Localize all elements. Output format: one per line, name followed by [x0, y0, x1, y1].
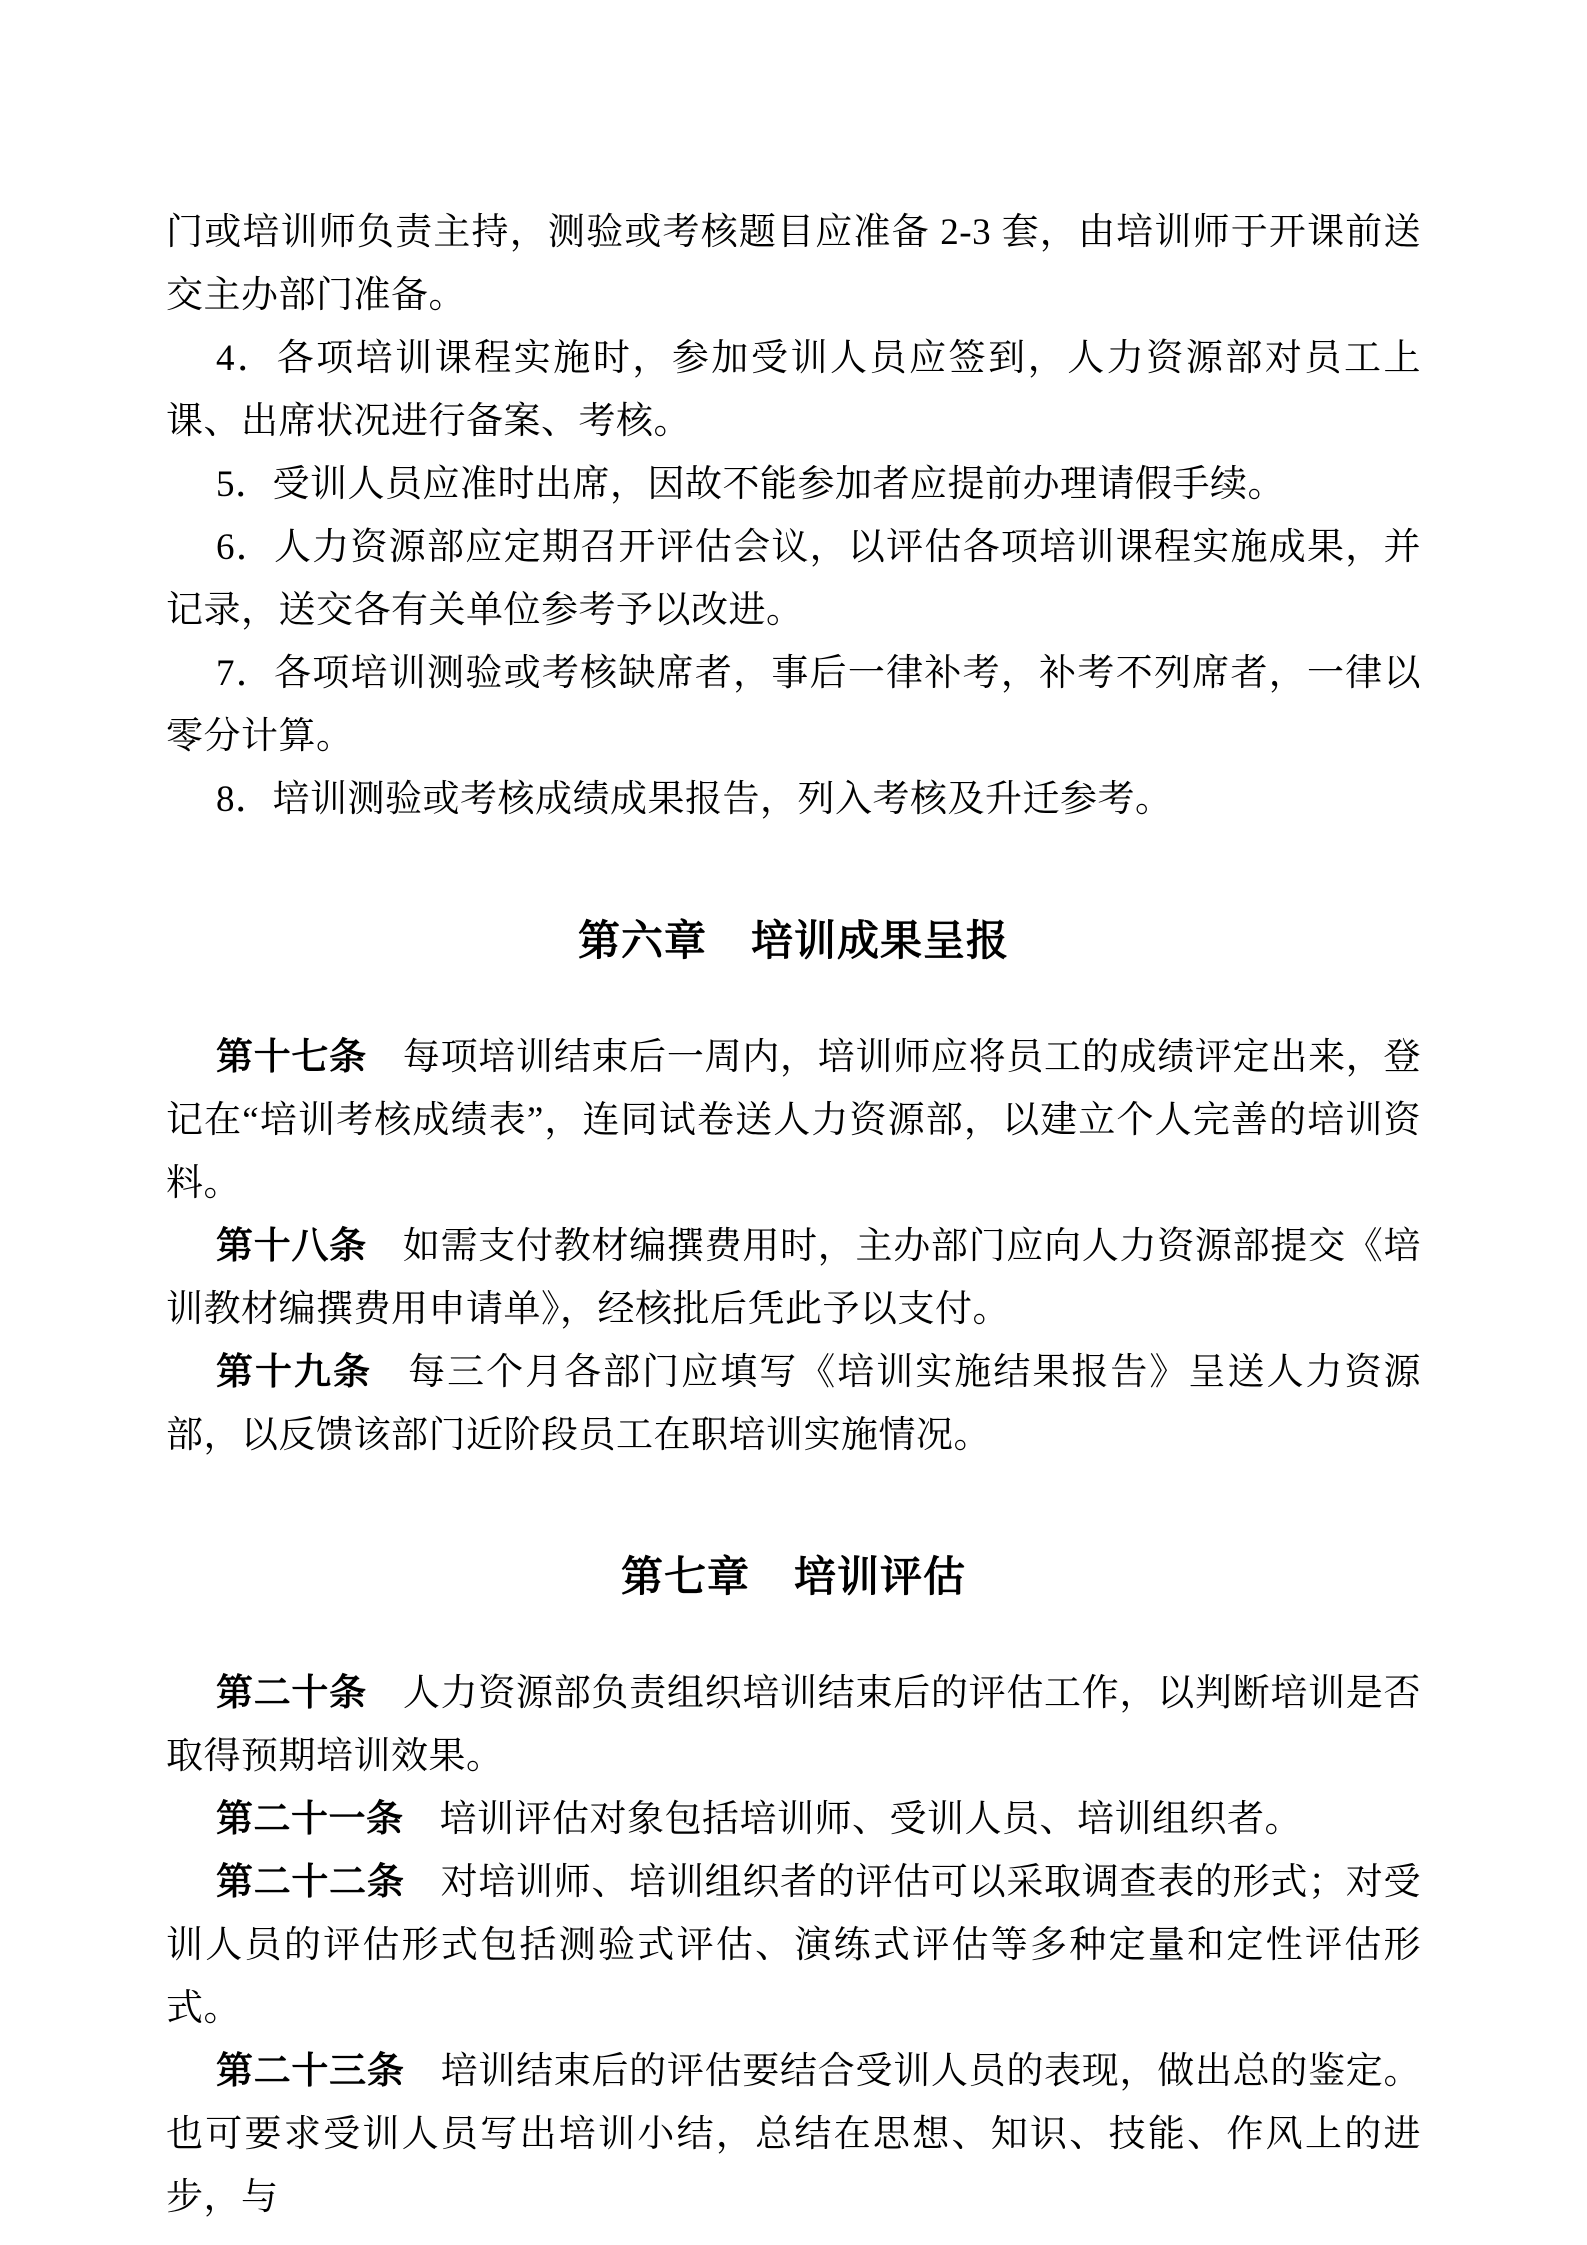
numbered-item-8: 8．培训测验或考核成绩成果报告，列入考核及升迁参考。 — [166, 768, 1421, 831]
article-18: 第十八条如需支付教材编撰费用时，主办部门应向人力资源部提交《培训教材编撰费用申请… — [166, 1215, 1421, 1341]
article-22: 第二十二条对培训师、培训组织者的评估可以采取调查表的形式；对受训人员的评估形式包… — [166, 1851, 1421, 2040]
chapter-title: 培训评估 — [794, 1555, 966, 1601]
article-label: 第二十三条 — [216, 2051, 405, 2092]
article-21: 第二十一条培训评估对象包括培训师、受训人员、培训组织者。 — [166, 1788, 1421, 1851]
numbered-item-6: 6．人力资源部应定期召开评估会议，以评估各项培训课程实施成果，并记录，送交各有关… — [166, 516, 1421, 642]
numbered-item-5: 5．受训人员应准时出席，因故不能参加者应提前办理请假手续。 — [166, 453, 1421, 516]
article-label: 第十九条 — [216, 1352, 372, 1393]
numbered-item-4: 4．各项培训课程实施时，参加受训人员应签到，人力资源部对员工上课、出席状况进行备… — [166, 327, 1421, 453]
article-19: 第十九条每三个月各部门应填写《培训实施结果报告》呈送人力资源部，以反馈该部门近阶… — [166, 1341, 1421, 1467]
article-17: 第十七条每项培训结束后一周内，培训师应将员工的成绩评定出来，登记在“培训考核成绩… — [166, 1026, 1421, 1215]
article-label: 第十八条 — [216, 1226, 367, 1267]
paragraph-continuation: 门或培训师负责主持，测验或考核题目应准备 2-3 套，由培训师于开课前送交主办部… — [166, 201, 1421, 327]
chapter-heading-6: 第六章培训成果呈报 — [166, 911, 1421, 974]
chapter-heading-7: 第七章培训评估 — [166, 1547, 1421, 1610]
article-label: 第二十一条 — [216, 1799, 404, 1840]
document-page: 门或培训师负责主持，测验或考核题目应准备 2-3 套，由培训师于开课前送交主办部… — [0, 0, 1587, 2245]
article-20: 第二十条人力资源部负责组织培训结束后的评估工作，以判断培训是否取得预期培训效果。 — [166, 1662, 1421, 1788]
article-label: 第二十条 — [216, 1673, 367, 1714]
article-23: 第二十三条培训结束后的评估要结合受训人员的表现，做出总的鉴定。也可要求受训人员写… — [166, 2040, 1421, 2229]
chapter-title: 培训成果呈报 — [751, 919, 1009, 965]
article-text: 培训评估对象包括培训师、受训人员、培训组织者。 — [440, 1799, 1303, 1840]
numbered-item-7: 7．各项培训测验或考核缺席者，事后一律补考，补考不列席者，一律以零分计算。 — [166, 642, 1421, 768]
article-label: 第十七条 — [216, 1037, 367, 1078]
chapter-number: 第七章 — [621, 1555, 750, 1601]
article-label: 第二十二条 — [216, 1862, 405, 1903]
chapter-number: 第六章 — [578, 919, 707, 965]
